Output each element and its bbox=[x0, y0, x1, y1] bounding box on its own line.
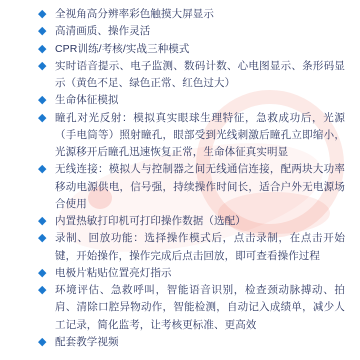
feature-list-item-7: ◆ 无线连接：模拟人与控制器之间无线通信连接，配两块大功率移动电源供电，信号强，… bbox=[38, 161, 345, 213]
feature-list-item-2: ◆ 高清画质、操作灵活 bbox=[38, 23, 345, 40]
feature-list-item-8: ◆ 内置热敏打印机可打印操作数据（选配） bbox=[38, 213, 345, 230]
feature-text: 环境评估、急救呼叫，智能语音识别，检查颈动脉搏动、拍肩、清除口腔异物动作，智能检… bbox=[55, 282, 345, 334]
feature-list-item-3: ◆ CPR训练/考核/实战三种模式 bbox=[38, 41, 345, 58]
diamond-bullet-icon: ◆ bbox=[38, 230, 55, 247]
feature-list-item-4: ◆ 实时语音提示、电子监测、数码计数、心电图显示、条形码显示（黄色不足、绿色正常… bbox=[38, 58, 345, 93]
diamond-bullet-icon: ◆ bbox=[38, 23, 55, 40]
diamond-bullet-icon: ◆ bbox=[38, 161, 55, 178]
diamond-bullet-icon: ◆ bbox=[38, 282, 55, 299]
feature-text: 高清画质、操作灵活 bbox=[55, 23, 345, 40]
feature-list: ◆ 全视角高分辨率彩色触摸大屏显示 ◆ 高清画质、操作灵活 ◆ CPR训练/考核… bbox=[38, 6, 345, 351]
feature-text: 全视角高分辨率彩色触摸大屏显示 bbox=[55, 6, 345, 23]
feature-list-item-10: ◆ 电极片粘贴位置亮灯指示 bbox=[38, 265, 345, 282]
feature-text: 无线连接：模拟人与控制器之间无线通信连接，配两块大功率移动电源供电，信号强，持续… bbox=[55, 161, 345, 213]
diamond-bullet-icon: ◆ bbox=[38, 334, 55, 351]
feature-text: CPR训练/考核/实战三种模式 bbox=[55, 41, 345, 58]
feature-list-item-1: ◆ 全视角高分辨率彩色触摸大屏显示 bbox=[38, 6, 345, 23]
feature-text: 电极片粘贴位置亮灯指示 bbox=[55, 265, 345, 282]
diamond-bullet-icon: ◆ bbox=[38, 92, 55, 109]
feature-text: 瞳孔对光反射：模拟真实眼球生理特征，急救成功后，光源（手电筒等）照射瞳孔，眼部受… bbox=[55, 110, 345, 162]
diamond-bullet-icon: ◆ bbox=[38, 213, 55, 230]
product-description-page: ◆ 全视角高分辨率彩色触摸大屏显示 ◆ 高清画质、操作灵活 ◆ CPR训练/考核… bbox=[0, 0, 360, 360]
feature-list-item-11: ◆ 环境评估、急救呼叫，智能语音识别，检查颈动脉搏动、拍肩、清除口腔异物动作，智… bbox=[38, 282, 345, 334]
feature-text: 内置热敏打印机可打印操作数据（选配） bbox=[55, 213, 345, 230]
feature-text: 生命体征模拟 bbox=[55, 92, 345, 109]
diamond-bullet-icon: ◆ bbox=[38, 265, 55, 282]
diamond-bullet-icon: ◆ bbox=[38, 58, 55, 75]
feature-text: 实时语音提示、电子监测、数码计数、心电图显示、条形码显示（黄色不足、绿色正常、红… bbox=[55, 58, 345, 93]
diamond-bullet-icon: ◆ bbox=[38, 6, 55, 23]
feature-list-item-5: ◆ 生命体征模拟 bbox=[38, 92, 345, 109]
feature-list-item-12: ◆ 配套教学视频 bbox=[38, 334, 345, 351]
feature-list-item-6: ◆ 瞳孔对光反射：模拟真实眼球生理特征，急救成功后，光源（手电筒等）照射瞳孔，眼… bbox=[38, 110, 345, 162]
feature-text: 录制、回放功能：选择操作模式后，点击录制，在点击开始键，开始操作，操作完成后点击… bbox=[55, 230, 345, 265]
diamond-bullet-icon: ◆ bbox=[38, 41, 55, 58]
feature-list-item-9: ◆ 录制、回放功能：选择操作模式后，点击录制，在点击开始键，开始操作，操作完成后… bbox=[38, 230, 345, 265]
feature-text: 配套教学视频 bbox=[55, 334, 345, 351]
diamond-bullet-icon: ◆ bbox=[38, 110, 55, 127]
